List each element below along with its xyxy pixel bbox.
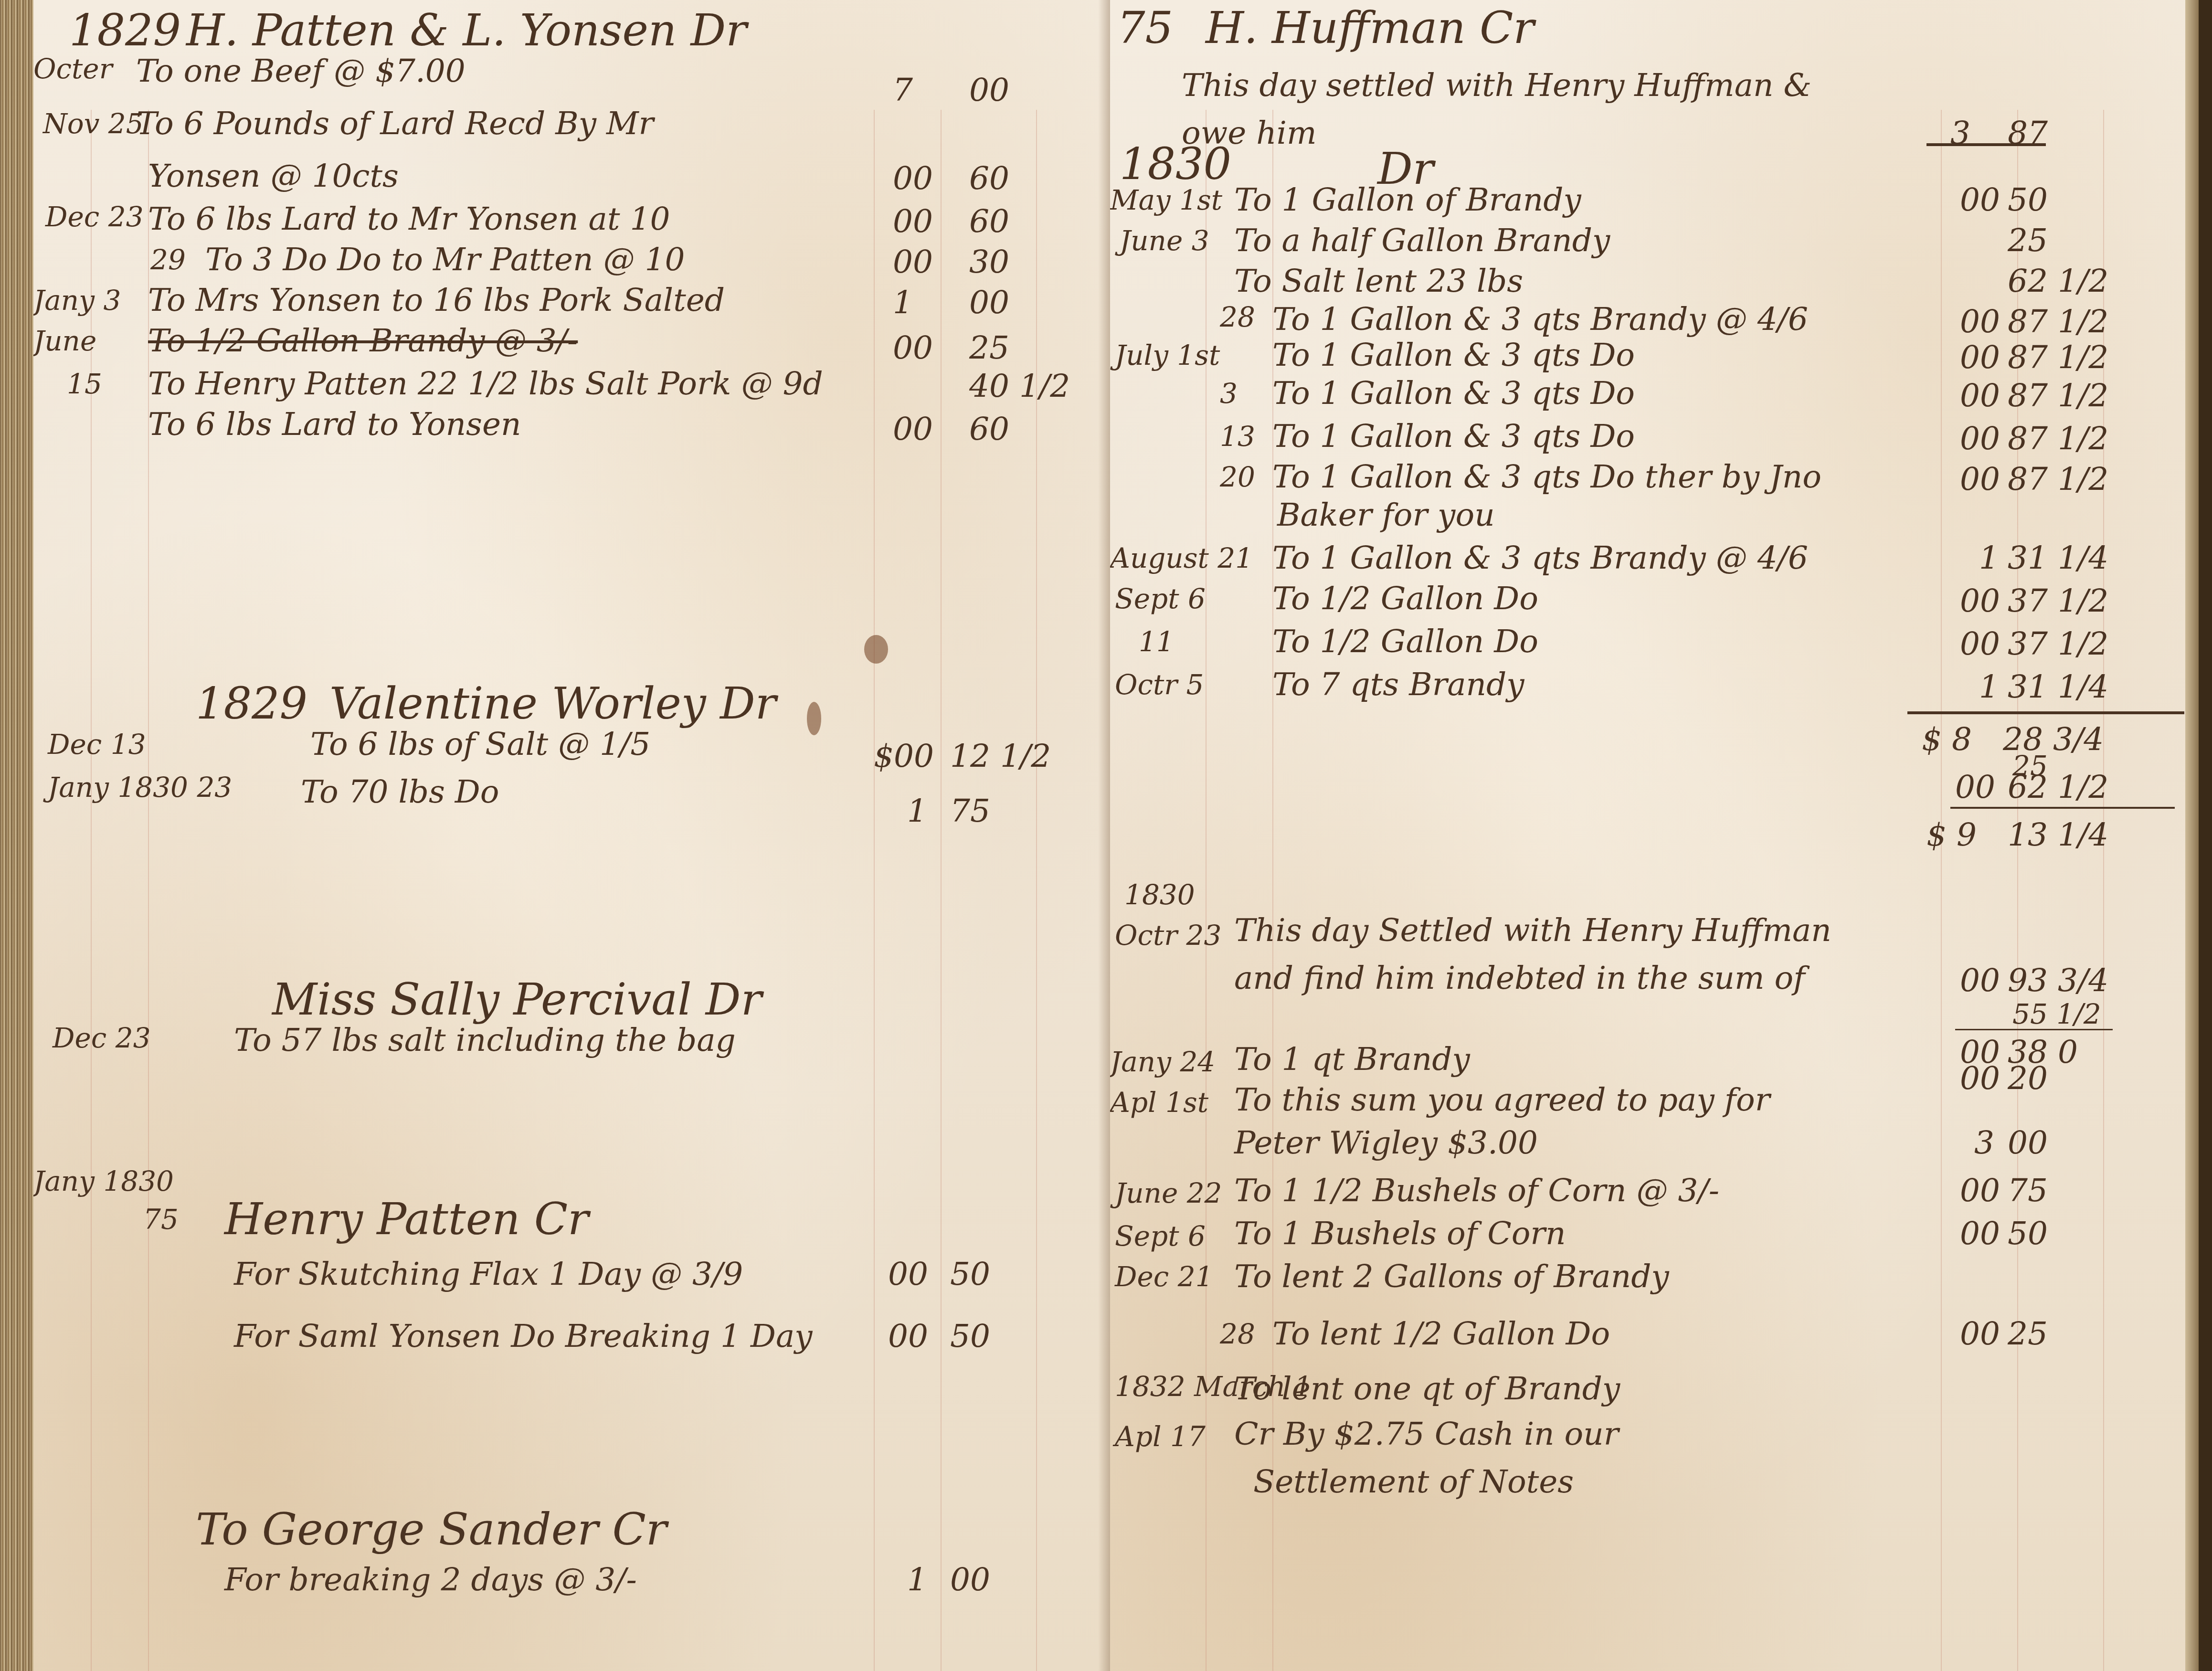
entry-dollars: 00 <box>893 411 933 447</box>
entry-text: To 70 lbs Do <box>301 773 499 810</box>
entry-date: June 22 <box>1115 1177 1222 1209</box>
entry-date: 29 <box>150 243 186 276</box>
entry-dollars: 00 <box>1960 582 2000 619</box>
entry-cents: 75 <box>2008 1172 2048 1209</box>
entry-dollars: 3 <box>1974 1124 1994 1161</box>
balance-rule <box>1926 143 2046 146</box>
entry-date: Sept 6 <box>1115 582 1206 615</box>
entry-dollars: $00 <box>874 738 934 774</box>
entry-cents: 60 <box>969 203 1009 240</box>
entry-dollars: 00 <box>888 1318 928 1354</box>
entry-date: 13 <box>1220 420 1255 453</box>
entry-dollars: 1 <box>893 284 913 321</box>
account-year: Jany 1830 <box>33 1165 174 1197</box>
account-title: H. Huffman Cr <box>1206 2 1534 53</box>
entry-dollars: 7 <box>893 72 913 108</box>
entry-dollars: 00 <box>1960 1315 2000 1352</box>
entry-cents: 75 <box>950 793 990 829</box>
entry-cents: 87 1/2 <box>2008 339 2108 376</box>
entry-date: 3 <box>1220 377 1238 410</box>
entry-date: Apl 17 <box>1115 1420 1206 1453</box>
account-title: H. Patten & L. Yonsen Dr <box>186 5 747 56</box>
entry-text: To 1 Gallon & 3 qts Do <box>1272 337 1635 373</box>
entry-date: Octr 5 <box>1115 668 1204 701</box>
entry-dollars: 00 <box>1960 303 2000 340</box>
entry-dollars: 00 <box>1960 420 2000 457</box>
entry-cents: 25 <box>2008 1315 2048 1352</box>
entry-date: 20 <box>1220 461 1255 493</box>
entry-date: June 3 <box>1120 224 1209 257</box>
entry-date: Sept 6 <box>1115 1220 1206 1252</box>
entry-cents: 20 <box>2008 1060 2048 1097</box>
entry-date: 15 <box>67 368 102 400</box>
sum-rule <box>1907 711 2184 714</box>
total-dollars: $ 9 <box>1926 816 1977 853</box>
entry-dollars: 00 <box>1960 181 2000 218</box>
account-title: Valentine Worley Dr <box>329 678 776 729</box>
entry-cents: 00 <box>969 284 1009 321</box>
entry-text: Settlement of Notes <box>1253 1463 1574 1500</box>
entry-text: To 1/2 Gallon Do <box>1272 623 1538 660</box>
entry-cents: 25 <box>2008 222 2048 259</box>
entry-text: To a half Gallon Brandy <box>1234 222 1610 259</box>
total-rule <box>1950 807 2175 809</box>
sum-rule <box>1955 1029 2113 1030</box>
entry-text: To 6 lbs Lard to Yonsen <box>148 406 521 443</box>
entry-date: Octr 23 <box>1115 919 1221 952</box>
entry-text: To lent one qt of Brandy <box>1234 1370 1620 1407</box>
entry-cents: 50 <box>950 1318 990 1354</box>
entry-dollars: 00 <box>1960 339 2000 376</box>
entry-text: To 1 Gallon & 3 qts Do <box>1272 418 1635 455</box>
entry-text: To Mrs Yonsen to 16 lbs Pork Salted <box>148 282 725 318</box>
entry-dollars: 00 <box>1960 1172 2000 1209</box>
subtotal-dollars: $ 8 <box>1922 721 1972 758</box>
entry-dollars: 00 <box>893 160 933 197</box>
entry-cents: 87 1/2 <box>2008 303 2108 340</box>
entry-date: Jany 24 <box>1110 1046 1215 1078</box>
entry-text: To lent 2 Gallons of Brandy <box>1234 1258 1669 1295</box>
settlement-text: This day settled with Henry Huffman & <box>1182 67 1811 104</box>
account-title: Henry Patten Cr <box>224 1194 589 1245</box>
cents-rule <box>941 110 942 1671</box>
entry-cents: 00 <box>969 72 1009 108</box>
entry-cents: 50 <box>2008 1215 2048 1252</box>
subtotal-dollars: 00 <box>1955 769 1995 805</box>
entry-text: To 1 1/2 Bushels of Corn @ 3/- <box>1234 1172 1719 1209</box>
entry-cents: 87 1/2 <box>2008 377 2108 414</box>
entry-text: To 57 lbs salt including the bag <box>234 1022 736 1058</box>
entry-date: August 21 <box>1110 542 1253 574</box>
entry-text: Baker for you <box>1277 497 1495 533</box>
entry-cents: 12 1/2 <box>950 738 1051 774</box>
entry-date: 11 <box>1139 625 1174 658</box>
page-number: 75 <box>1117 2 1173 53</box>
entry-cents: 25 <box>969 329 1009 366</box>
entry-cents: 62 1/2 <box>2008 263 2108 299</box>
account-year: 1829 <box>69 5 181 56</box>
page-edge-right <box>2185 0 2199 1671</box>
entry-dollars: 00 <box>1960 1060 2000 1097</box>
entry-cents: 00 <box>950 1561 990 1598</box>
entry-cents: 87 1/2 <box>2008 420 2108 457</box>
entry-cents: 50 <box>950 1256 990 1292</box>
entry-text: To 1 qt Brandy <box>1234 1041 1470 1078</box>
entry-text: To 6 lbs of Salt @ 1/5 <box>310 726 650 762</box>
entry-dollars: 1 <box>907 793 927 829</box>
entry-cents: 93 3/4 <box>2008 962 2108 999</box>
entry-dollars: 00 <box>1960 962 2000 999</box>
entry-date: Jany 1830 23 <box>48 771 232 804</box>
entry-text: To 1 Bushels of Corn <box>1234 1215 1566 1252</box>
entry-text: To lent 1/2 Gallon Do <box>1272 1315 1610 1352</box>
less-amount: 55 1/2 <box>2012 998 2101 1030</box>
subtotal-cents: 62 1/2 <box>2008 769 2108 805</box>
entry-dollars: 1 <box>907 1561 927 1598</box>
entry-dollars: 00 <box>893 329 933 366</box>
cents-rule <box>1036 110 1037 1671</box>
entry-text: To 1 Gallon & 3 qts Do <box>1272 375 1635 412</box>
entry-dollars: 00 <box>893 243 933 280</box>
settlement-text: This day Settled with Henry Huffman <box>1234 912 1831 949</box>
entry-cents: 30 <box>969 243 1009 280</box>
entry-text: For Skutching Flax 1 Day @ 3/9 <box>234 1256 743 1292</box>
entry-text: Cr By $2.75 Cash in our <box>1234 1416 1619 1452</box>
entry-cents: 87 1/2 <box>2008 461 2108 497</box>
year-label: 1830 <box>1120 138 1231 190</box>
entry-text: To 1 Gallon & 3 qts Do ther by Jno <box>1272 458 1821 495</box>
entry-cents: 50 <box>2008 181 2048 218</box>
entry-dollars: 00 <box>1960 461 2000 497</box>
account-title: To George Sander Cr <box>196 1504 667 1555</box>
entry-dollars: 00 <box>1960 625 2000 662</box>
entry-text: For Saml Yonsen Do Breaking 1 Day <box>234 1318 813 1354</box>
ink-stain <box>864 635 888 664</box>
entry-date: Dec 21 <box>1115 1260 1213 1293</box>
entry-date: Octer <box>33 53 112 85</box>
entry-text: To 1 Gallon of Brandy <box>1234 181 1581 218</box>
struck-entry-text: To 1/2 Gallon Brandy @ 3/- <box>148 322 578 359</box>
entry-text: To Salt lent 23 lbs <box>1234 263 1523 299</box>
entry-cents: 37 1/2 <box>2008 582 2108 619</box>
entry-date: June <box>33 325 96 357</box>
entry-dollars: 00 <box>1960 377 2000 414</box>
entry-dollars: 1 <box>1979 668 1999 705</box>
entry-text: To this sum you agreed to pay for <box>1234 1081 1770 1118</box>
entry-text: To 6 Pounds of Lard Recd By Mr <box>136 105 654 142</box>
entry-text: To 3 Do Do to Mr Patten @ 10 <box>205 241 685 278</box>
entry-cents: 60 <box>969 160 1009 197</box>
dollars-rule <box>1941 110 1942 1671</box>
entry-text: To 7 qts Brandy <box>1272 666 1524 703</box>
entry-date: 28 <box>1220 1318 1255 1350</box>
entry-date: Nov 25 <box>43 107 144 140</box>
entry-date: July 1st <box>1115 339 1220 371</box>
entry-date: May 1st <box>1110 184 1222 216</box>
entry-cents: 31 1/4 <box>2008 668 2108 705</box>
settlement-text: and find him indebted in the sum of <box>1234 960 1805 996</box>
ink-stain <box>807 702 821 735</box>
right-page: 75 H. Huffman Cr This day settled with H… <box>1110 0 2199 1671</box>
entry-text: To 1 Gallon & 3 qts Brandy @ 4/6 <box>1272 301 1808 338</box>
account-prefix: 75 <box>143 1203 179 1236</box>
entry-date: Dec 13 <box>48 728 146 761</box>
entry-cents: 60 <box>969 411 1009 447</box>
entry-dollars: 00 <box>1960 1215 2000 1252</box>
ledger-book: 1829 H. Patten & L. Yonsen Dr Octer To o… <box>0 0 2212 1671</box>
entry-text: To 1 Gallon & 3 qts Brandy @ 4/6 <box>1272 539 1808 576</box>
entry-date: 28 <box>1220 301 1255 333</box>
entry-text: To Henry Patten 22 1/2 lbs Salt Pork @ 9… <box>148 365 823 402</box>
entry-text: Yonsen @ 10cts <box>148 158 399 194</box>
entry-text: For breaking 2 days @ 3/- <box>224 1561 637 1598</box>
entry-dollars: 1 <box>1979 539 1999 576</box>
entry-text: To one Beef @ $7.00 <box>136 53 466 89</box>
entry-text: Peter Wigley $3.00 <box>1234 1124 1538 1161</box>
account-title: Miss Sally Percival Dr <box>272 974 762 1025</box>
settlement-year: 1830 <box>1124 878 1195 911</box>
entry-cents: 31 1/4 <box>2008 539 2108 576</box>
entry-date: Dec 23 <box>45 201 144 233</box>
dollars-rule <box>874 110 875 1671</box>
total-cents: 13 1/4 <box>2008 816 2108 853</box>
entry-cents: 00 <box>2008 1124 2048 1161</box>
entry-date: Apl 1st <box>1110 1086 1208 1119</box>
left-page: 1829 H. Patten & L. Yonsen Dr Octer To o… <box>33 0 1110 1671</box>
entry-cents: 37 1/2 <box>2008 625 2108 662</box>
entry-text: To 1/2 Gallon Do <box>1272 580 1538 617</box>
entry-date: Dec 23 <box>53 1022 151 1054</box>
entry-dollars: 00 <box>888 1256 928 1292</box>
page-edges <box>0 0 33 1671</box>
entry-dollars: 00 <box>893 203 933 240</box>
entry-cents: 40 1/2 <box>969 368 1070 404</box>
entry-text: To 6 lbs Lard to Mr Yonsen at 10 <box>148 201 670 237</box>
account-year: 1829 <box>196 678 307 729</box>
entry-date: Jany 3 <box>33 284 121 317</box>
